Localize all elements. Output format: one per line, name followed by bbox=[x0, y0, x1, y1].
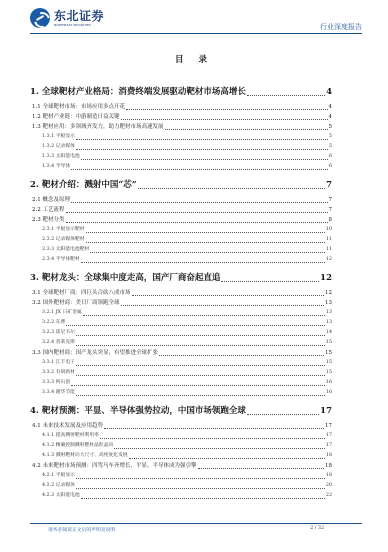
toc-entry-label: 3.2.4 普莱克斯 bbox=[42, 338, 75, 348]
dot-leader bbox=[86, 232, 325, 233]
dot-leader bbox=[132, 295, 325, 296]
toc-entry-page: 4 bbox=[329, 102, 333, 112]
toc-entry-label: 2.3.1 平板显示靶材 bbox=[42, 225, 85, 235]
dot-leader bbox=[76, 395, 325, 396]
dot-leader bbox=[71, 202, 328, 203]
toc-section-entry[interactable]: 2.2 工艺流程7 bbox=[30, 205, 332, 215]
toc-entry-page: 20 bbox=[326, 481, 332, 491]
dot-leader bbox=[104, 428, 324, 429]
toc-entry-label: 1.3.2 记录媒体 bbox=[42, 142, 75, 152]
company-logo: 东北证券 NORTHEAST SECURITIES bbox=[30, 8, 104, 28]
dot-leader bbox=[81, 262, 325, 263]
toc-entry-page: 18 bbox=[326, 451, 332, 461]
toc-entry-label: 1.3.3 太阳能电池 bbox=[42, 152, 80, 162]
dot-leader bbox=[66, 212, 328, 213]
report-type-label: 行业深度报告 bbox=[320, 22, 362, 32]
dot-leader bbox=[129, 458, 325, 459]
toc-entry-page: 13 bbox=[326, 308, 332, 318]
footer-disclaimer: 请务必阅读正文后的声明及说明 bbox=[48, 526, 115, 533]
toc-section-entry[interactable]: 2.3 靶材分类8 bbox=[30, 215, 332, 225]
toc-entry-page: 11 bbox=[326, 235, 332, 245]
dot-leader bbox=[76, 375, 325, 376]
dot-leader bbox=[90, 252, 325, 253]
dot-leader bbox=[100, 438, 325, 439]
dot-leader bbox=[83, 315, 325, 316]
toc-subsection-entry[interactable]: 1.3.2 记录媒体5 bbox=[30, 142, 332, 152]
toc-subsection-entry[interactable]: 3.3.1 江丰电子15 bbox=[30, 358, 332, 368]
dot-leader bbox=[66, 325, 325, 326]
toc-subsection-entry[interactable]: 2.3.4 半导体靶材12 bbox=[30, 255, 332, 265]
header-divider bbox=[30, 33, 362, 34]
toc-entry-page: 7 bbox=[326, 180, 332, 191]
toc-subsection-entry[interactable]: 3.2.4 普莱克斯15 bbox=[30, 338, 332, 348]
toc-entry-label: 3.3.3 阿石创 bbox=[42, 378, 70, 388]
toc-entry-page: 11 bbox=[326, 245, 332, 255]
toc-entry-page: 17 bbox=[326, 431, 332, 441]
toc-entry-page: 13 bbox=[326, 318, 332, 328]
toc-entry-page: 5 bbox=[329, 122, 333, 132]
toc-entry-label: 3.2 国外靶材商：美日厂商领跑全球 bbox=[32, 298, 120, 308]
toc-subsection-entry[interactable]: 4.1.1 提高溅射靶材利用率17 bbox=[30, 431, 332, 441]
toc-entry-page: 22 bbox=[326, 491, 332, 501]
dot-leader bbox=[66, 222, 328, 223]
dot-leader bbox=[159, 355, 324, 356]
toc-subsection-entry[interactable]: 4.1.2 精确控制溅射靶材晶粒晶向17 bbox=[30, 441, 332, 451]
toc-entry-label: 3.2.1 JX 日矿金属 bbox=[42, 308, 82, 318]
toc-subsection-entry[interactable]: 4.2.3 太阳能电池22 bbox=[30, 491, 332, 501]
toc-entry-label: 3.2.2 东曹 bbox=[42, 318, 65, 328]
toc-subsection-entry[interactable]: 2.3.3 太阳能电池靶材11 bbox=[30, 245, 332, 255]
toc-entry-label: 4.1.1 提高溅射靶材利用率 bbox=[42, 431, 99, 441]
toc-entry-label: 2. 靶材介绍：溅射中国“芯” bbox=[30, 180, 137, 191]
toc-entry-page: 6 bbox=[329, 152, 332, 162]
dot-leader bbox=[71, 169, 328, 170]
toc-entry-label: 3.3.1 江丰电子 bbox=[42, 358, 75, 368]
toc-section-entry[interactable]: 3.3 国内靶材商：国产龙头突显，有望推进全球扩张15 bbox=[30, 348, 332, 358]
toc-entry-page: 5 bbox=[329, 132, 332, 142]
page-header: 东北证券 NORTHEAST SECURITIES 行业深度报告 bbox=[30, 8, 362, 34]
toc-section-entry[interactable]: 2.1 概念及原理7 bbox=[30, 195, 332, 205]
toc-entry-page: 17 bbox=[326, 441, 332, 451]
toc-subsection-entry[interactable]: 3.3.2 有研新材15 bbox=[30, 368, 332, 378]
toc-entry-label: 3. 靶材龙头：全球集中度走高，国产厂商奋起直追 bbox=[30, 273, 220, 284]
toc-entry-page: 16 bbox=[326, 378, 332, 388]
page-number: 2 / 32 bbox=[310, 526, 324, 531]
toc-subsection-entry[interactable]: 1.3.1 平板显示5 bbox=[30, 132, 332, 142]
dot-leader bbox=[126, 109, 328, 110]
toc-subsection-entry[interactable]: 2.3.2 记录媒体靶材11 bbox=[30, 235, 332, 245]
toc-entry-label: 4.2.1 平板显示 bbox=[42, 471, 75, 481]
toc-entry-label: 3.3 国内靶材商：国产龙头突显，有望推进全球扩张 bbox=[32, 348, 158, 358]
toc-subsection-entry[interactable]: 3.2.1 JX 日矿金属13 bbox=[30, 308, 332, 318]
toc-chapter-entry[interactable]: 2. 靶材介绍：溅射中国“芯”7 bbox=[30, 180, 332, 191]
toc-entry-page: 8 bbox=[329, 215, 333, 225]
toc-subsection-entry[interactable]: 1.3.3 太阳能电池6 bbox=[30, 152, 332, 162]
dot-leader bbox=[138, 188, 325, 189]
toc-entry-page: 18 bbox=[325, 461, 332, 471]
toc-entry-label: 1.2 靶材产业链：中游制造日益关键 bbox=[32, 112, 120, 122]
toc-title: 目 录 bbox=[0, 53, 388, 65]
toc-entry-label: 1.3.1 平板显示 bbox=[42, 132, 75, 142]
toc-entry-page: 7 bbox=[329, 205, 333, 215]
table-of-contents: 1. 全球靶材产业格局：消费终端发展驱动靶材市场高增长41.1 全球靶材市场：市… bbox=[30, 87, 332, 501]
dot-leader bbox=[76, 335, 325, 336]
toc-entry-label: 3.1 全球靶材厂商：四巨头合砍八成市场 bbox=[32, 288, 131, 298]
toc-entry-label: 2.2 工艺流程 bbox=[32, 205, 65, 215]
dot-leader bbox=[76, 149, 328, 150]
dot-leader bbox=[71, 385, 325, 386]
toc-entry-label: 3.2.3 霍尼韦尔 bbox=[42, 328, 75, 338]
toc-subsection-entry[interactable]: 1.3.4 半导体6 bbox=[30, 162, 332, 172]
toc-entry-label: 2.3.4 半导体靶材 bbox=[42, 255, 80, 265]
dot-leader bbox=[76, 478, 325, 479]
toc-entry-label: 1.3.4 半导体 bbox=[42, 162, 70, 172]
toc-section-entry[interactable]: 4.2 未来靶材市场预测：四驾马车齐增长，平显、半导体成为强引擎18 bbox=[30, 461, 332, 471]
dot-leader bbox=[247, 414, 319, 415]
dot-leader bbox=[121, 119, 328, 120]
dot-leader bbox=[81, 498, 325, 499]
toc-entry-label: 2.3.3 太阳能电池靶材 bbox=[42, 245, 89, 255]
toc-entry-page: 17 bbox=[320, 406, 332, 417]
toc-entry-label: 1. 全球靶材产业格局：消费终端发展驱动靶材市场高增长 bbox=[30, 87, 246, 98]
toc-entry-label: 1.1 全球靶材市场：市场应用多点开花 bbox=[32, 102, 125, 112]
toc-section-entry[interactable]: 4.1 未来技术发展及应用趋势17 bbox=[30, 421, 332, 431]
toc-subsection-entry[interactable]: 4.1.3 溅射靶材向大尺寸、高纯度化发展18 bbox=[30, 451, 332, 461]
toc-entry-page: 5 bbox=[329, 142, 332, 152]
dot-leader bbox=[114, 448, 325, 449]
dot-leader bbox=[76, 139, 328, 140]
toc-section-entry[interactable]: 3.2 国外靶材商：美日厂商领跑全球13 bbox=[30, 298, 332, 308]
toc-entry-page: 6 bbox=[329, 162, 332, 172]
toc-entry-label: 4.1.2 精确控制溅射靶材晶粒晶向 bbox=[42, 441, 113, 451]
toc-entry-page: 12 bbox=[320, 273, 332, 284]
dot-leader bbox=[121, 305, 325, 306]
toc-entry-label: 2.1 概念及原理 bbox=[32, 195, 70, 205]
toc-entry-page: 15 bbox=[326, 358, 332, 368]
toc-section-entry[interactable]: 1.2 靶材产业链：中游制造日益关键4 bbox=[30, 112, 332, 122]
toc-subsection-entry[interactable]: 4.2.1 平板显示18 bbox=[30, 471, 332, 481]
toc-chapter-entry[interactable]: 1. 全球靶材产业格局：消费终端发展驱动靶材市场高增长4 bbox=[30, 87, 332, 98]
toc-subsection-entry[interactable]: 2.3.1 平板显示靶材10 bbox=[30, 225, 332, 235]
toc-entry-page: 12 bbox=[326, 255, 332, 265]
toc-entry-label: 4.1 未来技术发展及应用趋势 bbox=[32, 421, 103, 431]
dot-leader bbox=[81, 159, 328, 160]
dot-leader bbox=[165, 129, 328, 130]
dot-leader bbox=[76, 488, 325, 489]
toc-entry-page: 18 bbox=[326, 471, 332, 481]
toc-entry-page: 4 bbox=[329, 112, 333, 122]
toc-subsection-entry[interactable]: 4.2.2 记录媒体20 bbox=[30, 481, 332, 491]
toc-subsection-entry[interactable]: 3.2.2 东曹13 bbox=[30, 318, 332, 328]
dot-leader bbox=[247, 95, 325, 96]
toc-entry-page: 16 bbox=[326, 388, 332, 398]
toc-entry-label: 4.2 未来靶材市场预测：四驾马车齐增长，平显、半导体成为强引擎 bbox=[32, 461, 197, 471]
logo-emblem-icon bbox=[30, 8, 50, 28]
dot-leader bbox=[221, 281, 319, 282]
toc-entry-page: 12 bbox=[325, 288, 332, 298]
dot-leader bbox=[76, 365, 325, 366]
toc-chapter-entry[interactable]: 4. 靶材预测：平显、半导体强势拉动，中国市场领跑全球17 bbox=[30, 406, 332, 417]
toc-entry-label: 4.1.3 溅射靶材向大尺寸、高纯度化发展 bbox=[42, 451, 128, 461]
toc-entry-page: 14 bbox=[326, 328, 332, 338]
toc-entry-label: 2.3.2 记录媒体靶材 bbox=[42, 235, 85, 245]
dot-leader bbox=[198, 468, 325, 469]
toc-entry-label: 4.2.3 太阳能电池 bbox=[42, 491, 80, 501]
toc-entry-page: 7 bbox=[329, 195, 333, 205]
toc-entry-page: 4 bbox=[326, 87, 332, 98]
toc-entry-label: 3.3.4 隆华节能 bbox=[42, 388, 75, 398]
toc-entry-label: 4. 靶材预测：平显、半导体强势拉动，中国市场领跑全球 bbox=[30, 406, 246, 417]
toc-entry-page: 13 bbox=[325, 298, 332, 308]
toc-entry-label: 2.3 靶材分类 bbox=[32, 215, 65, 225]
toc-subsection-entry[interactable]: 3.3.4 隆华节能16 bbox=[30, 388, 332, 398]
toc-entry-page: 15 bbox=[326, 338, 332, 348]
dot-leader bbox=[86, 242, 325, 243]
toc-subsection-entry[interactable]: 3.2.3 霍尼韦尔14 bbox=[30, 328, 332, 338]
toc-section-entry[interactable]: 1.3 靶材应用：多领域齐发力，助力靶材市场高速发展5 bbox=[30, 122, 332, 132]
toc-section-entry[interactable]: 1.1 全球靶材市场：市场应用多点开花4 bbox=[30, 102, 332, 112]
toc-entry-page: 10 bbox=[326, 225, 332, 235]
toc-entry-label: 4.2.2 记录媒体 bbox=[42, 481, 75, 491]
toc-entry-page: 15 bbox=[325, 348, 332, 358]
toc-entry-page: 15 bbox=[326, 368, 332, 378]
toc-entry-page: 17 bbox=[325, 421, 332, 431]
logo-chinese-name: 东北证券 bbox=[54, 10, 104, 23]
toc-subsection-entry[interactable]: 3.3.3 阿石创16 bbox=[30, 378, 332, 388]
toc-section-entry[interactable]: 3.1 全球靶材厂商：四巨头合砍八成市场12 bbox=[30, 288, 332, 298]
toc-chapter-entry[interactable]: 3. 靶材龙头：全球集中度走高，国产厂商奋起直追12 bbox=[30, 273, 332, 284]
footer-divider bbox=[30, 523, 362, 524]
toc-entry-label: 3.3.2 有研新材 bbox=[42, 368, 75, 378]
dot-leader bbox=[76, 345, 325, 346]
toc-entry-label: 1.3 靶材应用：多领域齐发力，助力靶材市场高速发展 bbox=[32, 122, 164, 132]
logo-english-name: NORTHEAST SECURITIES bbox=[54, 23, 104, 27]
